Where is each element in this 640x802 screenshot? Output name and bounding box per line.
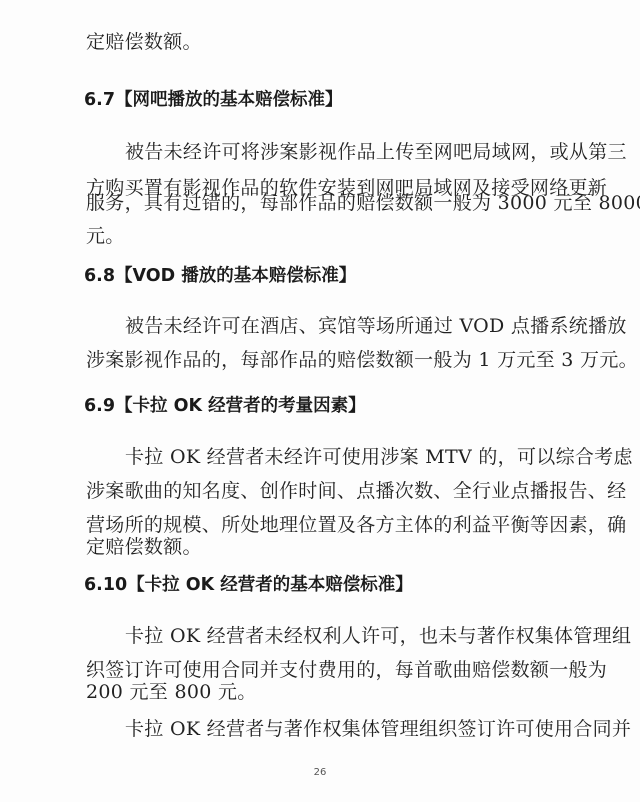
section-heading-6-9: 6.9【卡拉 OK 经营者的考量因素】 <box>84 394 366 418</box>
section-heading-6-7: 6.7【网吧播放的基本赔偿标准】 <box>84 88 343 112</box>
page-number: 26 <box>0 767 640 778</box>
paragraph-line: 卡拉 OK 经营者未经权利人许可，也未与著作权集体管理组 <box>125 624 631 648</box>
paragraph-line: 被告未经许可在酒店、宾馆等场所通过 VOD 点播系统播放 <box>125 314 627 338</box>
document-page: 定赔偿数额。 6.7【网吧播放的基本赔偿标准】 被告未经许可将涉案影视作品上传至… <box>0 0 640 802</box>
paragraph-line: 服务，具有过错的，每部作品的赔偿数额一般为 3000 元至 8000 <box>86 191 640 215</box>
paragraph-line: 被告未经许可将涉案影视作品上传至网吧局域网，或从第三 <box>125 140 627 164</box>
paragraph-line: 营场所的规模、所处地理位置及各方主体的利益平衡等因素，确 <box>86 513 626 537</box>
section-heading-6-8: 6.8【VOD 播放的基本赔偿标准】 <box>84 264 356 288</box>
paragraph-line: 涉案歌曲的知名度、创作时间、点播次数、全行业点播报告、经 <box>86 479 626 503</box>
paragraph-line: 织签订许可使用合同并支付费用的，每首歌曲赔偿数额一般为 <box>86 658 607 682</box>
paragraph-line: 涉案影视作品的，每部作品的赔偿数额一般为 1 万元至 3 万元。 <box>86 348 638 372</box>
paragraph-line: 200 元至 800 元。 <box>86 680 257 704</box>
section-heading-6-10: 6.10【卡拉 OK 经营者的基本赔偿标准】 <box>84 573 413 597</box>
paragraph-line: 卡拉 OK 经营者未经许可使用涉案 MTV 的，可以综合考虑 <box>125 445 633 469</box>
paragraph-line: 定赔偿数额。 <box>86 535 202 559</box>
paragraph-line: 元。 <box>86 224 125 248</box>
paragraph-line: 卡拉 OK 经营者与著作权集体管理组织签订许可使用合同并 <box>125 717 631 741</box>
paragraph-line: 定赔偿数额。 <box>86 30 202 54</box>
